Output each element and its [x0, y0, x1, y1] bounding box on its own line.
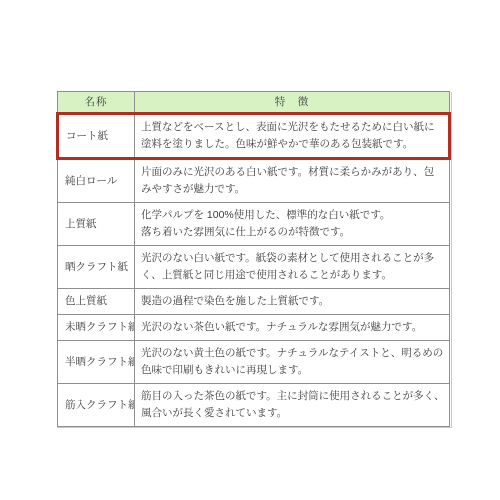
table-header-row: 名称 特 徴: [58, 92, 450, 114]
paper-feature-cell: 製造の過程で染色を施した上質紙です。: [135, 289, 450, 315]
paper-feature-cell: 光沢のない白い紙です。紙袋の素材として使用されることが多 く、上質紙と同じ用途で…: [135, 246, 450, 289]
table-row: 晒クラフト紙 光沢のない白い紙です。紙袋の素材として使用されることが多 く、上質…: [58, 246, 450, 289]
table-row: 未晒クラフト紙 光沢のない茶色い紙です。ナチュラルな雰囲気が魅力です。: [58, 315, 450, 341]
column-header-name: 名称: [58, 92, 135, 114]
paper-feature-cell: 上質などをベースとし、表面に光沢をもたせるために白い紙に 塗料を塗りました。色味…: [135, 114, 450, 159]
paper-feature-cell: 光沢のない黄土色の紙です。ナチュラルなテイストと、明るめの 色味で印刷もきれいに…: [135, 341, 450, 384]
table-row: コート紙 上質などをベースとし、表面に光沢をもたせるために白い紙に 塗料を塗りま…: [58, 114, 450, 159]
paper-feature-cell: 片面のみに光沢のある白い紙です。材質に柔らかみがあり、包 みやすさが魅力です。: [135, 159, 450, 203]
paper-name-cell: 純白ロール: [58, 159, 135, 203]
table-row: 色上質紙 製造の過程で染色を施した上質紙です。: [58, 289, 450, 315]
paper-name-cell: 未晒クラフト紙: [58, 315, 135, 341]
paper-name-cell: 上質紙: [58, 203, 135, 246]
table-row: 上質紙 化学パルプを 100%使用した、標準的な白い紙です。 落ち着いた雰囲気に…: [58, 203, 450, 246]
paper-name-cell: 半晒クラフト紙: [58, 341, 135, 384]
paper-types-table: 名称 特 徴 コート紙 上質などをベースとし、表面に光沢をもたせるために白い紙に…: [56, 91, 451, 427]
paper-feature-cell: 筋目の入った茶色の紙です。主に封筒に使用されることが多く、 風合いが長く愛されて…: [135, 384, 450, 427]
table-row: 筋入クラフト紙 筋目の入った茶色の紙です。主に封筒に使用されることが多く、 風合…: [58, 384, 450, 427]
column-header-feature: 特 徴: [135, 92, 450, 114]
paper-feature-cell: 光沢のない茶色い紙です。ナチュラルな雰囲気が魅力です。: [135, 315, 450, 341]
paper-name-cell: 筋入クラフト紙: [58, 384, 135, 427]
paper-name-cell: 晒クラフト紙: [58, 246, 135, 289]
table-row: 純白ロール 片面のみに光沢のある白い紙です。材質に柔らかみがあり、包 みやすさが…: [58, 159, 450, 203]
table-row: 半晒クラフト紙 光沢のない黄土色の紙です。ナチュラルなテイストと、明るめの 色味…: [58, 341, 450, 384]
page-background: 名称 特 徴 コート紙 上質などをベースとし、表面に光沢をもたせるために白い紙に…: [0, 0, 500, 500]
paper-feature-cell: 化学パルプを 100%使用した、標準的な白い紙です。 落ち着いた雰囲気に仕上がる…: [135, 203, 450, 246]
paper-name-cell: コート紙: [58, 114, 135, 159]
paper-name-cell: 色上質紙: [58, 289, 135, 315]
